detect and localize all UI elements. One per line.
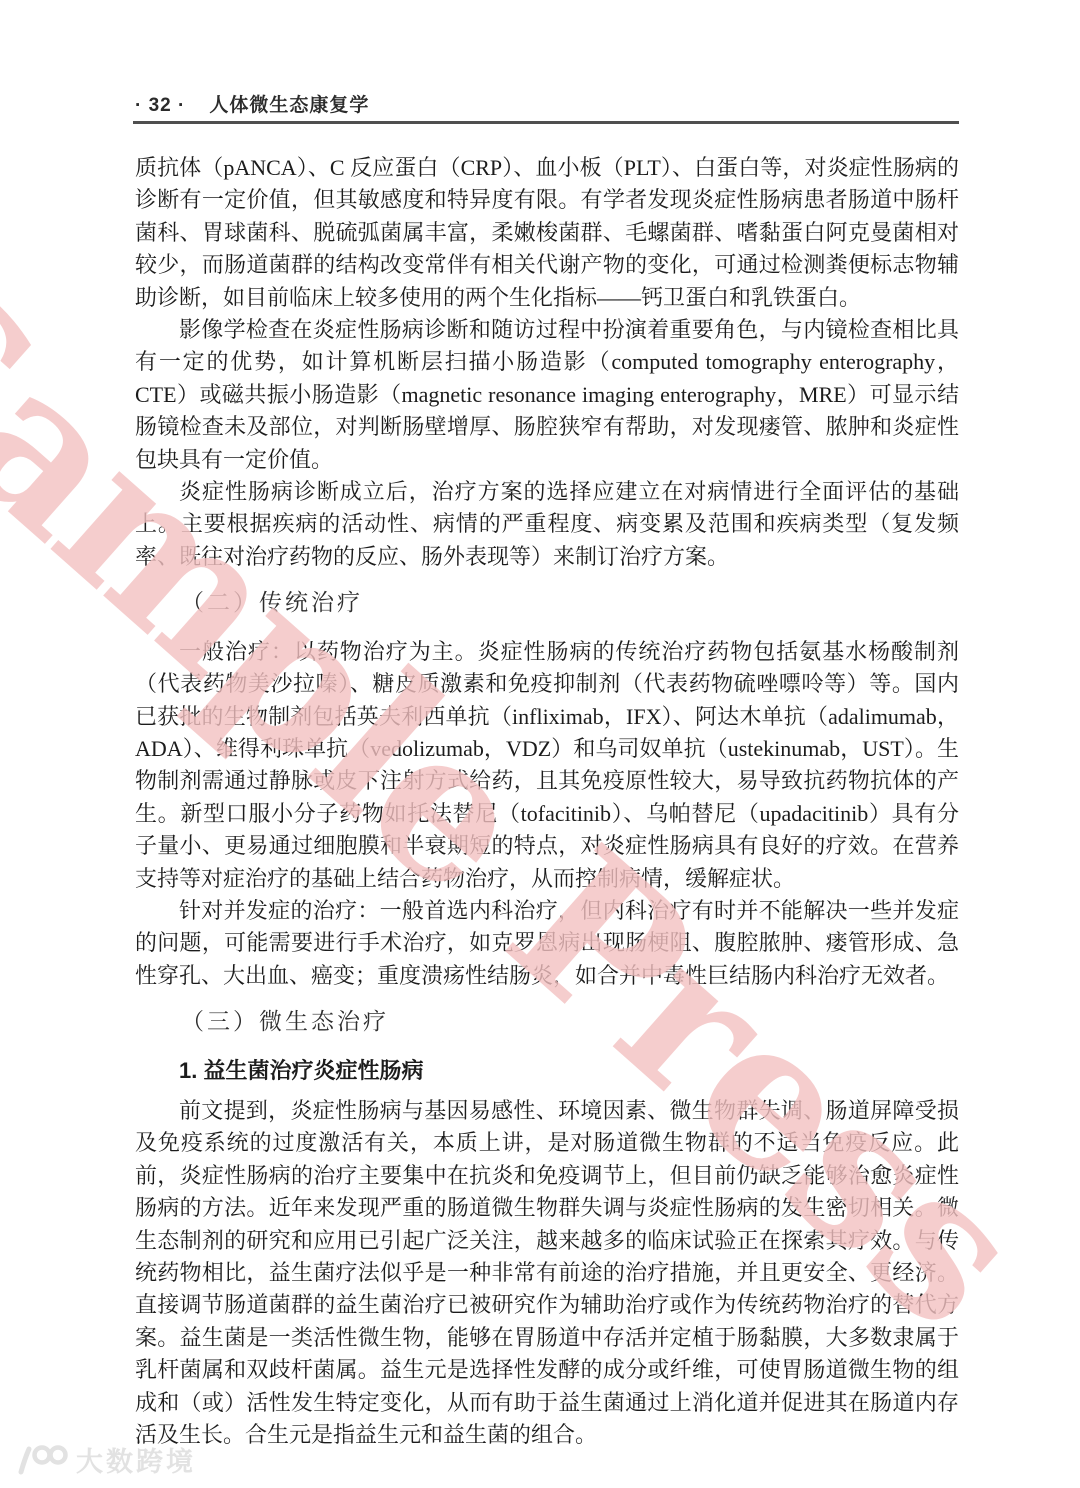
book-page: · 32 · 人体微生态康复学 质抗体（pANCA）、C 反应蛋白（CRP）、血… bbox=[0, 0, 1080, 1488]
paragraph: 质抗体（pANCA）、C 反应蛋白（CRP）、血小板（PLT）、白蛋白等，对炎症… bbox=[135, 152, 959, 314]
page-number: · 32 · bbox=[135, 95, 185, 117]
content: 质抗体（pANCA）、C 反应蛋白（CRP）、血小板（PLT）、白蛋白等，对炎症… bbox=[135, 152, 959, 1451]
glasses-100-icon bbox=[16, 1442, 68, 1478]
paragraph: 影像学检查在炎症性肠病诊断和随访过程中扮演着重要角色，与内镜检查相比具有一定的优… bbox=[135, 314, 959, 476]
book-title: 人体微生态康复学 bbox=[209, 90, 369, 117]
paragraph: 炎症性肠病诊断成立后，治疗方案的选择应建立在对病情进行全面评估的基础上。主要根据… bbox=[135, 476, 959, 573]
logo-brand-text: 大数跨境 bbox=[76, 1440, 196, 1479]
section-heading: （二）传统治疗 bbox=[135, 587, 959, 619]
running-head: · 32 · 人体微生态康复学 bbox=[135, 90, 959, 117]
section-heading: 1. 益生菌治疗炎症性肠病 bbox=[135, 1055, 959, 1087]
paragraph: 前文提到，炎症性肠病与基因易感性、环境因素、微生物群失调、肠道屏障受损及免疫系统… bbox=[135, 1095, 959, 1451]
header-rule bbox=[133, 121, 959, 124]
paragraph: 针对并发症的治疗：一般首选内科治疗，但内科治疗有时并不能解决一些并发症的问题，可… bbox=[135, 895, 959, 992]
footer-logo: 大数跨境 bbox=[16, 1440, 196, 1479]
section-heading: （三）微生态治疗 bbox=[135, 1006, 959, 1038]
paragraph: 一般治疗：以药物治疗为主。炎症性肠病的传统治疗药物包括氨基水杨酸制剂（代表药物美… bbox=[135, 636, 959, 895]
